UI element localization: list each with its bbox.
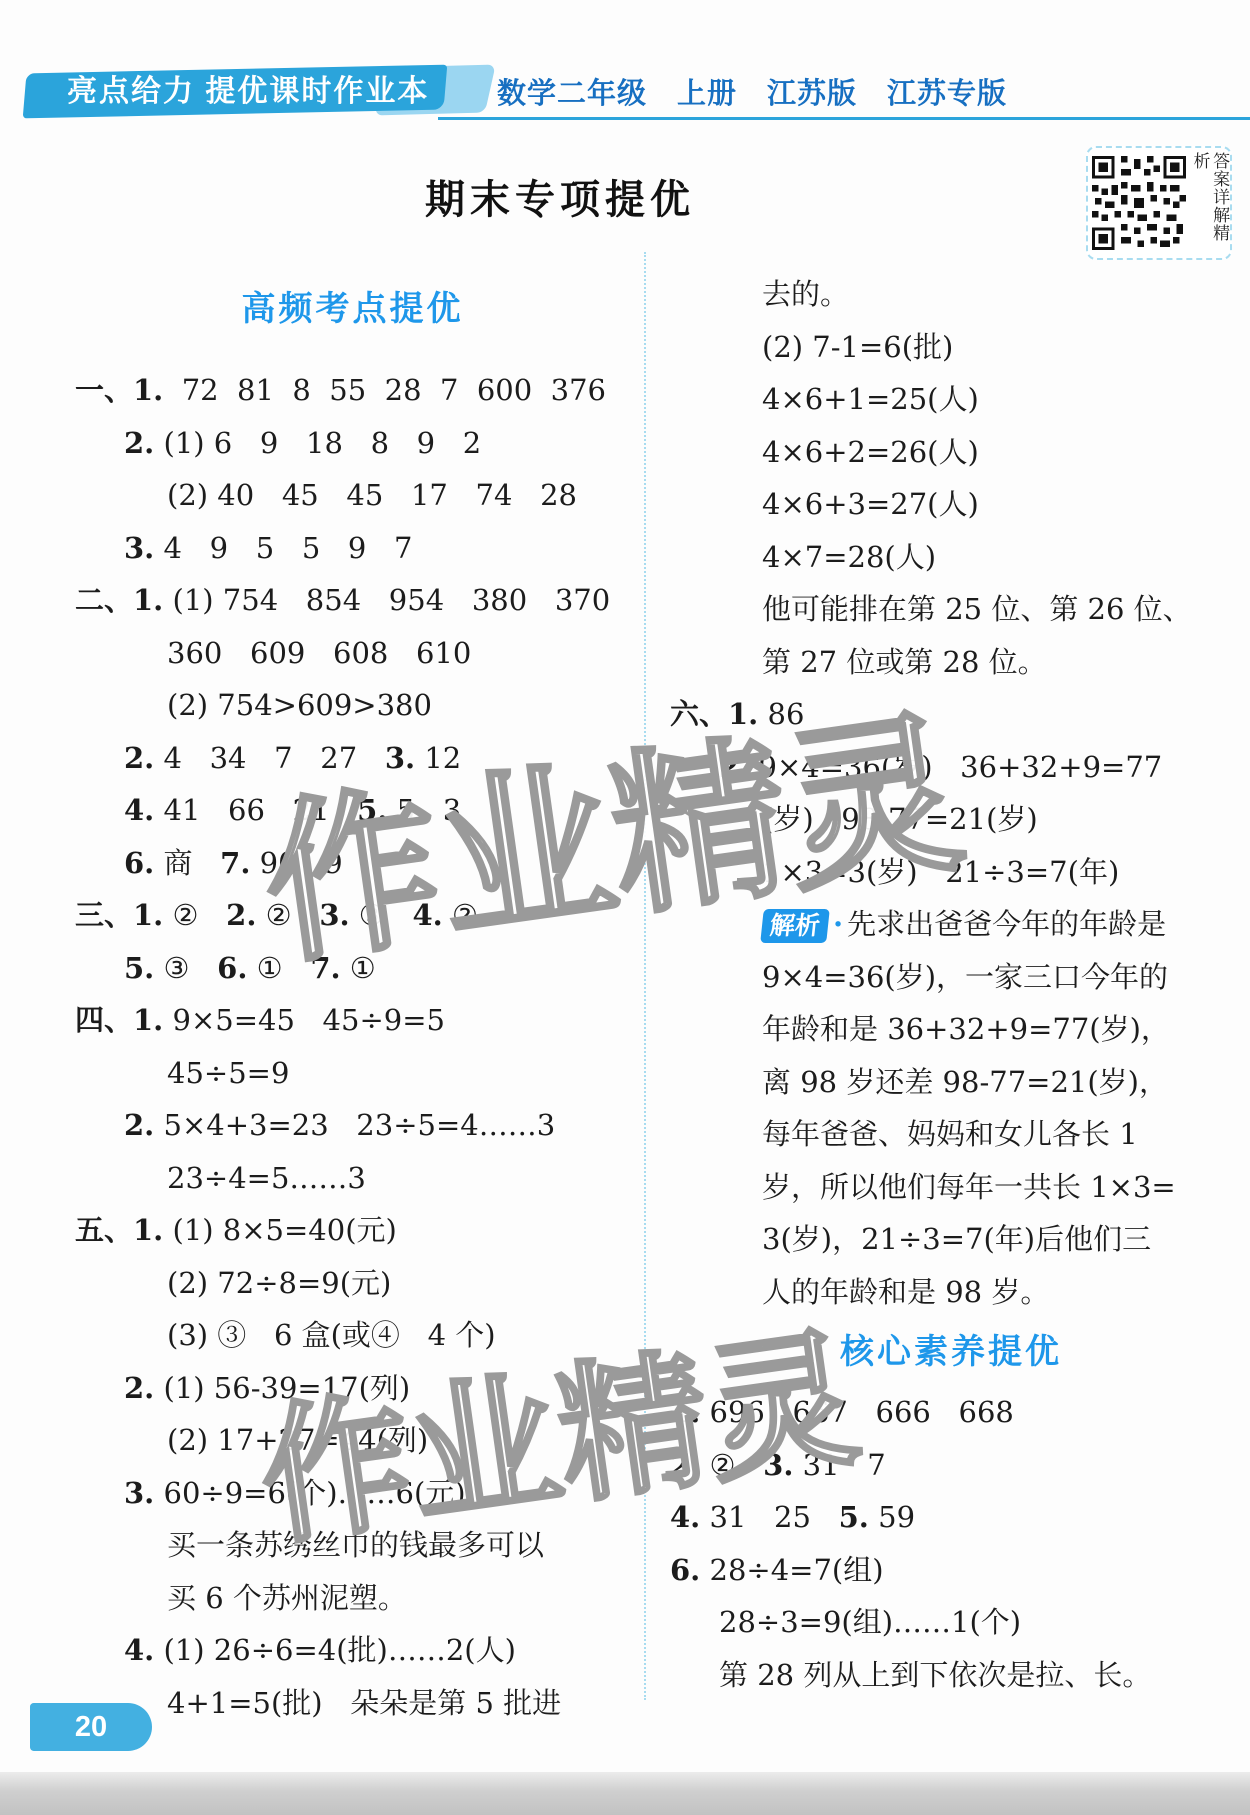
answer-segment: (2) 40 45 45 17 74 28 <box>167 478 577 512</box>
answer-segment: (2) 7-1=6(批) <box>762 330 953 364</box>
answer-line: 45÷5=9 <box>60 1047 652 1100</box>
answer-line: (2) 754>609>380 <box>60 679 652 732</box>
answer-segment: (3) ③ 6 盒(或④ 4 个) <box>167 1318 496 1352</box>
answer-segment: 72 81 8 55 28 7 600 376 <box>163 373 606 407</box>
answer-segment: 4×6+2=26(人) <box>762 435 979 469</box>
answer-line: 1. 696 667 666 668 <box>655 1386 1247 1439</box>
answer-line: 第 28 列从上到下依次是拉、长。 <box>655 1649 1247 1702</box>
answer-segment: 2. <box>124 1108 154 1142</box>
right-section-header: 核心素养提优 <box>655 1318 1247 1386</box>
answer-line: 4×7=28(人) <box>655 531 1247 584</box>
answer-segment: 二、1. <box>75 583 163 617</box>
answer-segment: (1) 8×5=40(元) <box>163 1213 397 1247</box>
answer-segment: 人的年龄和是 98 岁。 <box>762 1275 1049 1309</box>
answer-line: 离 98 岁还差 98-77=21(岁)， <box>655 1056 1247 1109</box>
qr-caption: 答案详解精析 <box>1190 152 1229 254</box>
answer-segment: 4 34 7 27 <box>154 741 385 775</box>
answer-segment: (1) 56-39=17(列) <box>154 1371 410 1405</box>
answer-line: 第 27 位或第 28 位。 <box>655 636 1247 689</box>
answer-segment: 6. <box>124 846 154 880</box>
answer-line: 3. 60÷9=6(个)……6(元) <box>60 1467 652 1520</box>
answer-segment: 2. <box>124 741 154 775</box>
answer-line: 3. 4 9 5 5 9 7 <box>60 522 652 575</box>
page-title: 期末专项提优 <box>310 168 810 225</box>
answer-segment: 5 3 <box>387 793 461 827</box>
answer-segment: ② <box>443 898 478 932</box>
answer-segment: (1) 6 9 18 8 9 2 <box>154 426 481 460</box>
answer-segment: 60÷9=6(个)……6(元) <box>154 1476 465 1510</box>
answer-line: 年龄和是 36+32+9=77(岁)， <box>655 1003 1247 1056</box>
answer-segment: 5. <box>839 1500 869 1534</box>
answer-line: 28÷3=9(组)……1(个) <box>655 1596 1247 1649</box>
answer-segment: 4. <box>124 793 154 827</box>
answer-line: 2. ② 3. 31 7 <box>655 1439 1247 1492</box>
left-section-header: 高频考点提优 <box>60 281 645 330</box>
answer-segment: 4 9 5 5 9 7 <box>154 531 412 565</box>
answer-segment: 1. <box>670 1395 700 1429</box>
answer-line: (2) 72÷8=9(元) <box>60 1257 652 1310</box>
answer-segment: 3. <box>124 531 154 565</box>
answer-line: 人的年龄和是 98 岁。 <box>655 1266 1247 1319</box>
answer-line: 2. (1) 6 9 18 8 9 2 <box>60 417 652 470</box>
answer-segment: ① <box>341 951 376 985</box>
answer-segment: 45÷5=9 <box>167 1056 289 1090</box>
right-lines-bottom: 1. 696 667 666 6682. ② 3. 31 74. 31 25 5… <box>655 1386 1247 1701</box>
answer-line: 2. 5×4+3=23 23÷5=4……3 <box>60 1099 652 1152</box>
answer-segment: 4. <box>670 1500 700 1534</box>
answer-line: 4. 41 66 21 5. 5 3 <box>60 784 652 837</box>
answer-segment: 买一条苏绣丝巾的钱最多可以 <box>167 1528 544 1562</box>
answer-segment: (2) 72÷8=9(元) <box>167 1266 391 1300</box>
answer-segment: 商 <box>154 846 220 880</box>
answer-segment: 7. <box>220 846 250 880</box>
header-banner: 亮点给力 提优课时作业本 <box>25 64 505 120</box>
answer-line: (2) 17+27=44(列) <box>60 1414 652 1467</box>
analysis-badge: 解析 <box>760 909 830 943</box>
answer-segment: 一、1. <box>75 373 163 407</box>
answer-segment: 3(岁)，21÷3=7(年)后他们三 <box>762 1222 1151 1256</box>
answer-segment: (2) 754>609>380 <box>167 688 432 722</box>
answer-line: 4×6+2=26(人) <box>655 426 1247 479</box>
answer-segment: 六、1. <box>670 697 758 731</box>
answer-segment: ② <box>256 898 319 932</box>
answer-segment: 31 25 <box>700 1500 838 1534</box>
answer-segment: 12 <box>415 741 461 775</box>
answer-segment: 9×5=45 45÷9=5 <box>163 1003 445 1037</box>
answer-segment: 他可能排在第 25 位、第 26 位、 <box>762 592 1192 626</box>
answer-line: 一、1. 72 81 8 55 28 7 600 376 <box>60 364 652 417</box>
answer-line: (3) ③ 6 盒(或④ 4 个) <box>60 1309 652 1362</box>
answer-line: 2. 9×4=36(岁) 36+32+9=77 <box>655 741 1247 794</box>
answer-segment: ② <box>163 898 226 932</box>
answer-segment: 去的。 <box>762 277 849 311</box>
answer-line: 去的。 <box>655 268 1247 321</box>
answer-line: 6. 商 7. 90 9 <box>60 837 652 890</box>
answer-segment: 2. <box>124 426 154 460</box>
answer-segment: ② <box>700 1448 763 1482</box>
answer-segment: 先求出爸爸今年的年龄是 <box>847 907 1166 941</box>
answer-segment: (岁) 98-77=21(岁) <box>762 802 1038 836</box>
right-lines-top: 去的。(2) 7-1=6(批)4×6+1=25(人)4×6+2=26(人)4×6… <box>655 268 1247 1318</box>
answer-segment: 6. <box>217 951 247 985</box>
answer-line: 1×3=3(岁) 21÷3=7(年) <box>655 846 1247 899</box>
answer-segment: 3. <box>763 1448 793 1482</box>
answer-line: 三、1. ② 2. ② 3. ③ 4. ② <box>60 889 652 942</box>
answer-segment: 四、1. <box>75 1003 163 1037</box>
answer-segment: 31 7 <box>793 1448 885 1482</box>
answer-segment: 4. <box>412 898 442 932</box>
answer-line: 4. (1) 26÷6=4(批)……2(人) <box>60 1624 652 1677</box>
answer-segment: ③ <box>154 951 217 985</box>
answer-segment: 3. <box>124 1476 154 1510</box>
answer-segment: 3. <box>385 741 415 775</box>
answer-segment: 90 9 <box>250 846 342 880</box>
answer-segment: 2. <box>124 1371 154 1405</box>
answer-line: 6. 28÷4=7(组) <box>655 1544 1247 1597</box>
answer-segment: 每年爸爸、妈妈和女儿各长 1 <box>762 1117 1138 1151</box>
answer-line: 2. 4 34 7 27 3. 12 <box>60 732 652 785</box>
answer-segment: 23÷4=5……3 <box>167 1161 366 1195</box>
answer-line: 买 6 个苏州泥塑。 <box>60 1572 652 1625</box>
answer-segment: 5×4+3=23 23÷5=4……3 <box>154 1108 555 1142</box>
answer-segment: ③ <box>350 898 413 932</box>
answer-segment: 第 27 位或第 28 位。 <box>762 645 1047 679</box>
answer-segment: 五、1. <box>75 1213 163 1247</box>
answer-segment: 3. <box>319 898 349 932</box>
right-answer-lines: 去的。(2) 7-1=6(批)4×6+1=25(人)4×6+2=26(人)4×6… <box>655 268 1247 1701</box>
answer-segment: 1×3=3(岁) 21÷3=7(年) <box>762 855 1119 889</box>
left-answer-lines: 一、1. 72 81 8 55 28 7 600 3762. (1) 6 9 1… <box>60 364 652 1729</box>
answer-line: 3(岁)，21÷3=7(年)后他们三 <box>655 1213 1247 1266</box>
answer-line: (2) 7-1=6(批) <box>655 321 1247 374</box>
answer-segment: 三、1. <box>75 898 163 932</box>
page-number-badge: 20 <box>30 1703 152 1751</box>
answer-segment: 2. <box>226 898 256 932</box>
answer-segment: 6. <box>670 1553 700 1587</box>
answer-segment: 696 667 666 668 <box>700 1395 1014 1429</box>
qr-code-icon <box>1092 156 1186 250</box>
answer-line: 买一条苏绣丝巾的钱最多可以 <box>60 1519 652 1572</box>
answer-segment: 7. <box>310 951 340 985</box>
answer-segment: 4×6+1=25(人) <box>762 382 979 416</box>
answer-line: 二、1. (1) 754 854 954 380 370 <box>60 574 652 627</box>
answer-line: (2) 40 45 45 17 74 28 <box>60 469 652 522</box>
answer-segment: 28÷3=9(组)……1(个) <box>719 1605 1021 1639</box>
answer-segment: (2) 17+27=44(列) <box>167 1423 428 1457</box>
answer-line: 2. (1) 56-39=17(列) <box>60 1362 652 1415</box>
answer-segment: 2. <box>719 750 749 784</box>
answer-segment: 2. <box>670 1448 700 1482</box>
edition-label: 数学二年级 上册 江苏版 江苏专版 <box>497 74 1007 114</box>
answer-segment: 360 609 608 610 <box>167 636 471 670</box>
answer-segment: 4+1=5(批) 朵朵是第 5 批进 <box>167 1686 561 1720</box>
answer-segment: 5. <box>124 951 154 985</box>
header-rule <box>438 117 1250 120</box>
answer-line: 4. 31 25 5. 59 <box>655 1491 1247 1544</box>
page-bottom-edge <box>0 1772 1250 1815</box>
answer-segment: 4. <box>124 1633 154 1667</box>
answer-segment: 9×4=36(岁) 36+32+9=77 <box>749 750 1162 784</box>
answer-segment: 买 6 个苏州泥塑。 <box>167 1581 407 1615</box>
answer-line: 他可能排在第 25 位、第 26 位、 <box>655 583 1247 636</box>
answer-segment: (1) 754 854 954 380 370 <box>163 583 610 617</box>
answer-segment: 59 <box>869 1500 915 1534</box>
answer-segment: 4×7=28(人) <box>762 540 936 574</box>
answer-line: 5. ③ 6. ① 7. ① <box>60 942 652 995</box>
answer-line: 五、1. (1) 8×5=40(元) <box>60 1204 652 1257</box>
answer-segment: 岁，所以他们每年一共长 1×3= <box>762 1170 1176 1204</box>
answer-segment: · <box>833 907 843 941</box>
answer-line: 360 609 608 610 <box>60 627 652 680</box>
answer-line: 23÷4=5……3 <box>60 1152 652 1205</box>
answer-line: 每年爸爸、妈妈和女儿各长 1 <box>655 1108 1247 1161</box>
answer-segment: 9×4=36(岁)，一家三口今年的 <box>762 960 1168 994</box>
answer-segment: ① <box>247 951 310 985</box>
brand-label: 亮点给力 提优课时作业本 <box>67 69 429 114</box>
answer-segment: 5. <box>357 793 387 827</box>
answer-segment: 离 98 岁还差 98-77=21(岁)， <box>762 1065 1168 1099</box>
answer-segment: (1) 26÷6=4(批)……2(人) <box>154 1633 516 1667</box>
answer-line: (岁) 98-77=21(岁) <box>655 793 1247 846</box>
answer-segment: 年龄和是 36+32+9=77(岁)， <box>762 1012 1170 1046</box>
qr-box: 答案详解精析 <box>1086 146 1232 260</box>
answer-segment: 28÷4=7(组) <box>700 1553 883 1587</box>
answer-line: 岁，所以他们每年一共长 1×3= <box>655 1161 1247 1214</box>
answer-line: 4×6+1=25(人) <box>655 373 1247 426</box>
answer-line: 9×4=36(岁)，一家三口今年的 <box>655 951 1247 1004</box>
answer-segment: 41 66 21 <box>154 793 357 827</box>
answer-line: 解析·先求出爸爸今年的年龄是 <box>655 898 1247 951</box>
answer-segment: 第 28 列从上到下依次是拉、长。 <box>719 1658 1151 1692</box>
answer-segment: 86 <box>758 697 804 731</box>
answer-line: 4×6+3=27(人) <box>655 478 1247 531</box>
workbook-page: 亮点给力 提优课时作业本 数学二年级 上册 江苏版 江苏专版 <box>0 0 1250 1815</box>
answer-line: 四、1. 9×5=45 45÷9=5 <box>60 994 652 1047</box>
answer-line: 六、1. 86 <box>655 688 1247 741</box>
answer-segment: 4×6+3=27(人) <box>762 487 979 521</box>
